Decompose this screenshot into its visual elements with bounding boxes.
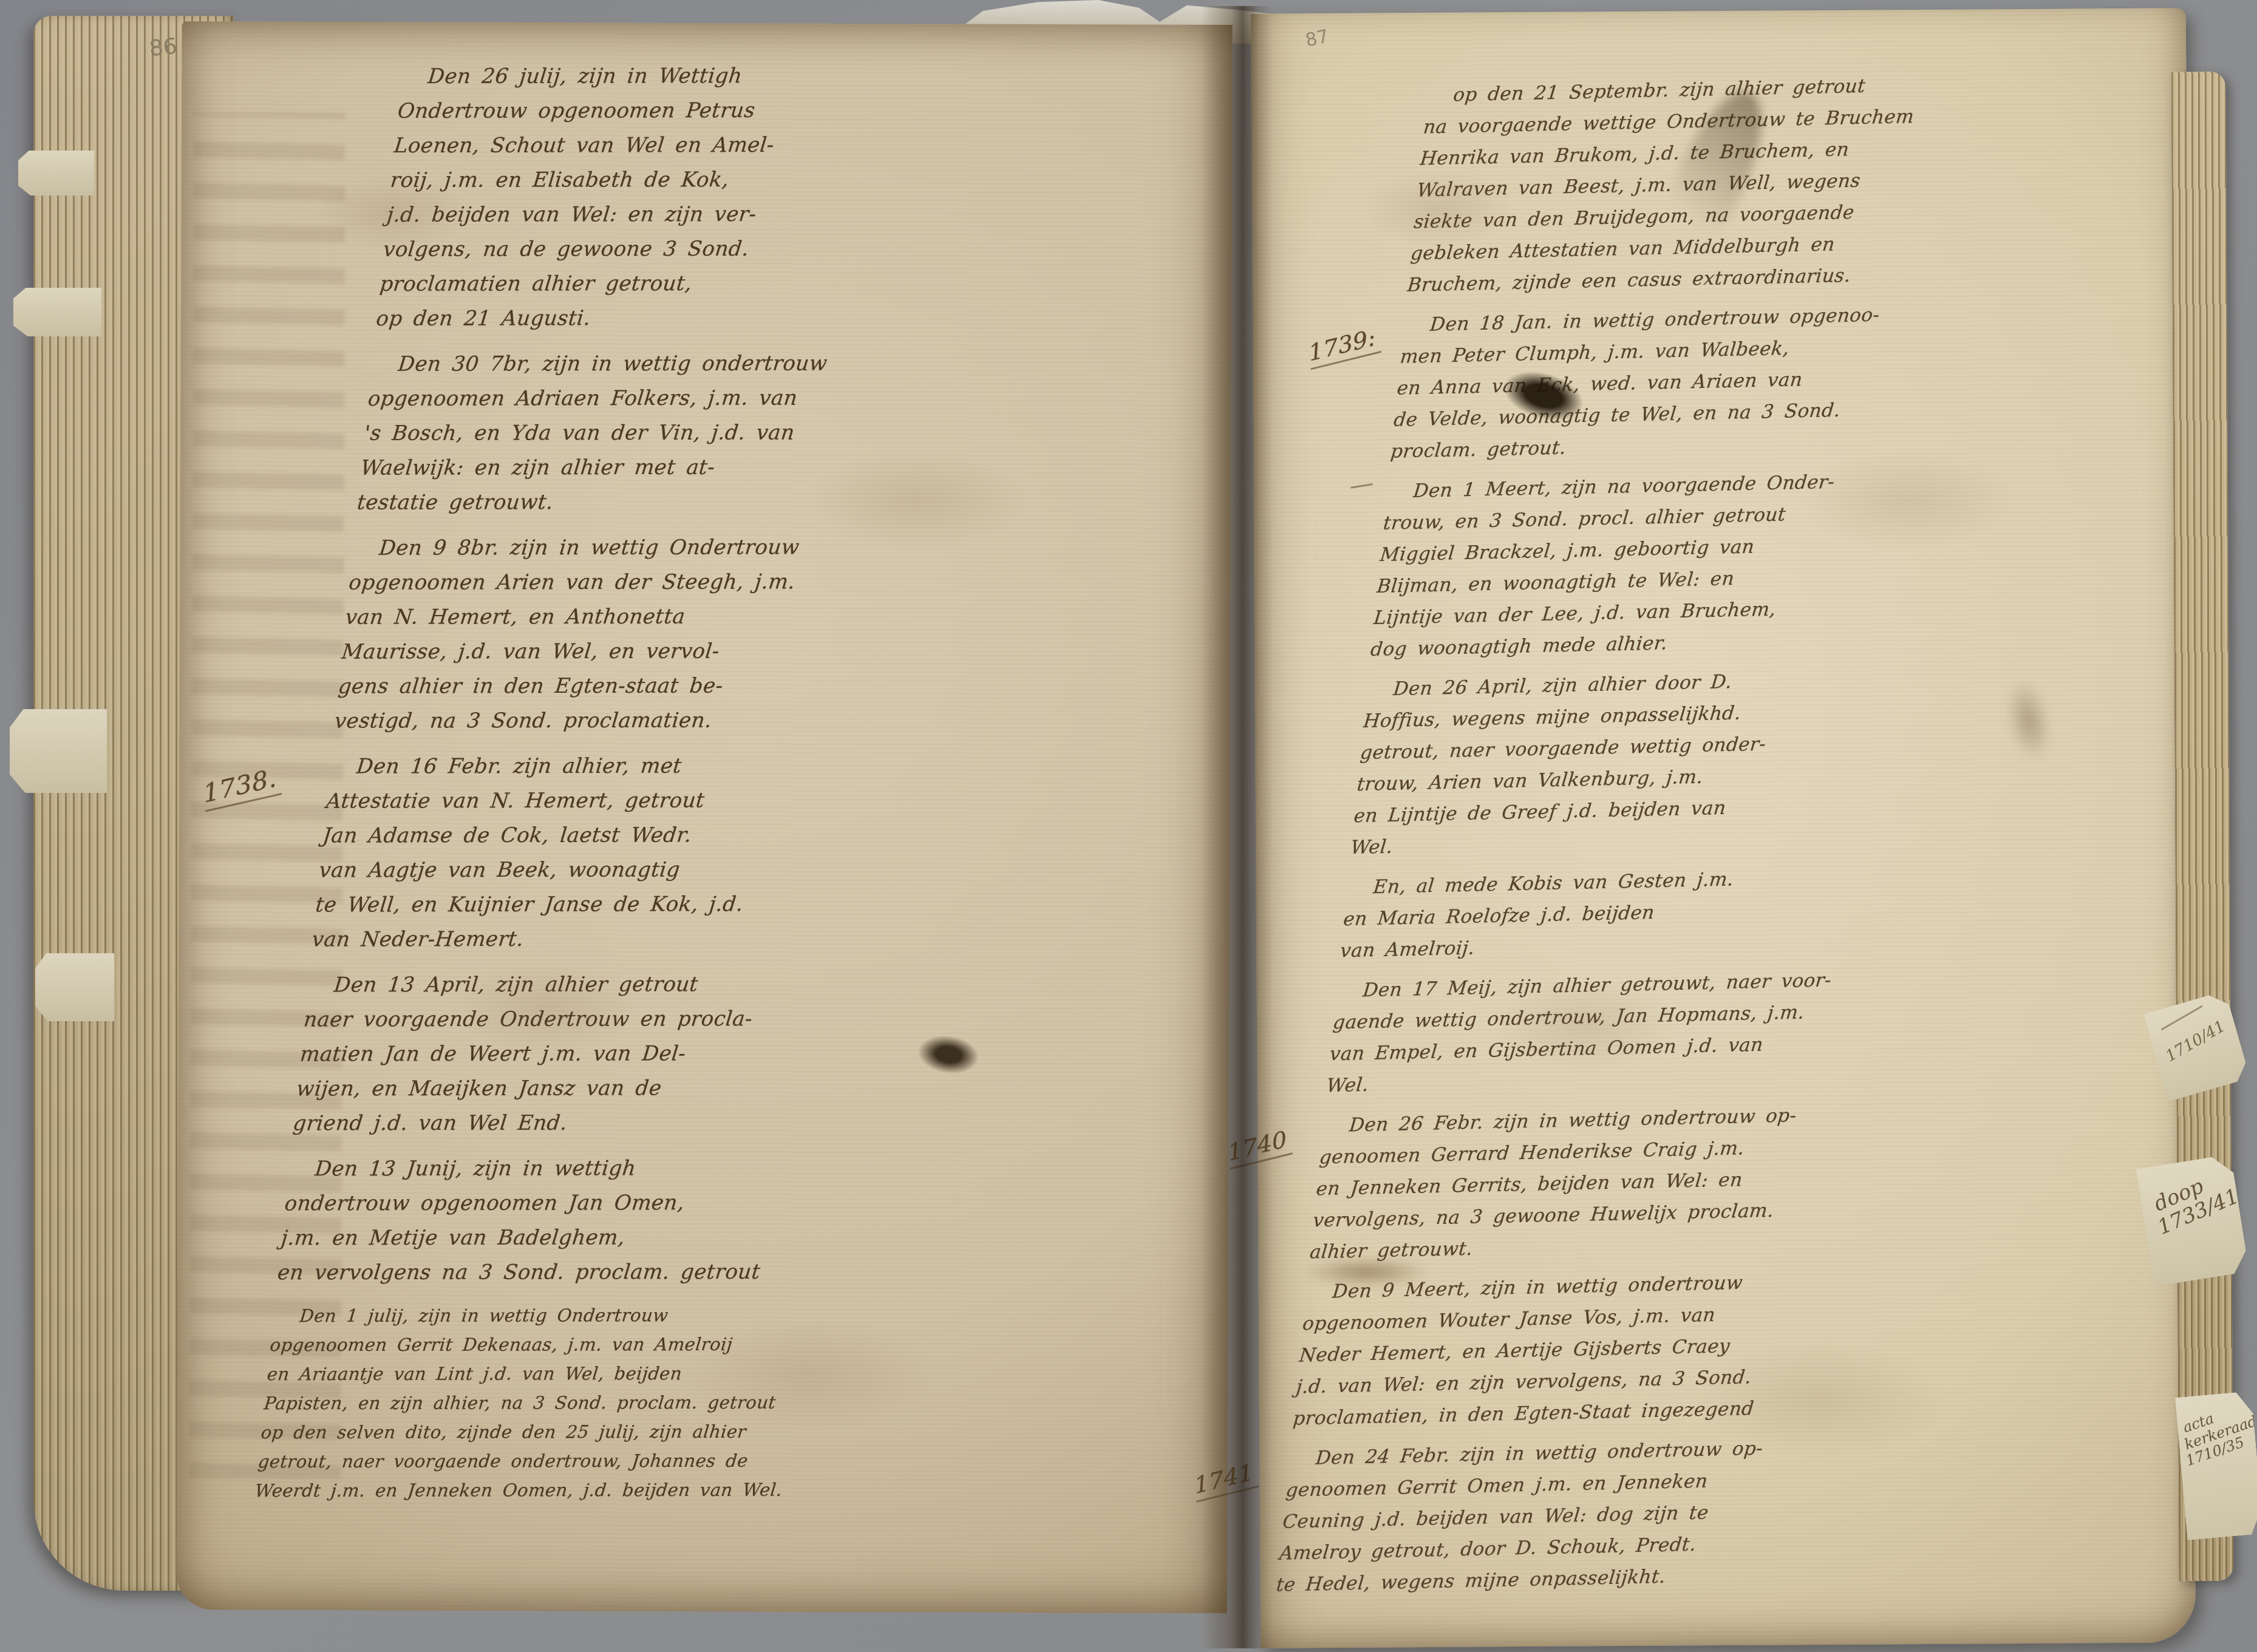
register-entry: Den 9 Meert, zijn in wettig ondertrouwop… — [1292, 1259, 2116, 1435]
manuscript-line: volgens, na de gewoone 3 Sond. — [381, 231, 1272, 267]
register-entry: Den 17 Meij, zijn alhier getrouwt, naer … — [1325, 957, 2146, 1101]
register-entry: Den 9 8br. zijn in wettig Ondertrouwopge… — [333, 529, 1241, 738]
manuscript-line: Den 16 Febr. zijn alhier, met — [328, 748, 1219, 784]
manuscript-photo: Den 26 julij, zijn in WettighOndertrouw … — [0, 0, 2257, 1652]
manuscript-line: van Neder-Hemert. — [310, 921, 1201, 957]
register-entry: En, al mede Kobis van Gesten j.m.en Mari… — [1339, 854, 2157, 967]
manuscript-line: opgenoomen Adriaen Folkers, j.m. van — [366, 380, 1257, 416]
right-page-edge-stack — [2171, 72, 2233, 1581]
register-entry: 1738.Den 16 Febr. zijn alhier, metAttest… — [310, 748, 1219, 957]
manuscript-line: Papisten, en zijn alhier, na 3 Sond. pro… — [262, 1387, 1152, 1418]
right-page-text: op den 21 Septembr. zijn alhier getroutn… — [1274, 63, 2237, 1610]
right-bookmark-tab-doop: doop 1733/41 — [2136, 1154, 2250, 1287]
left-bookmark-tab — [35, 953, 114, 1021]
manuscript-line: Maurisse, j.d. van Wel, en vervol- — [340, 633, 1231, 670]
manuscript-line: Loenen, Schout van Wel en Amel- — [392, 127, 1283, 164]
register-entry: Den 13 Junij, zijn in wettighondertrouw … — [276, 1151, 1177, 1290]
manuscript-line: proclamatien alhier getrout, — [378, 265, 1269, 302]
manuscript-line: j.d. beijden van Wel: en zijn ver- — [385, 196, 1276, 233]
illegible-scribble — [2161, 1005, 2202, 1030]
manuscript-line: van Aagtje van Beek, woonagtig — [318, 852, 1208, 888]
manuscript-line: op den 21 Augusti. — [375, 300, 1265, 336]
manuscript-line: Den 13 April, zijn alhier getrout — [305, 967, 1196, 1003]
manuscript-line: Attestatie van N. Hemert, getrout — [325, 783, 1216, 819]
manuscript-line: te Well, en Kuijnier Janse de Kok, j.d. — [314, 886, 1205, 923]
register-entry: op den 21 Septembr. zijn alhier getroutn… — [1406, 63, 2237, 301]
manuscript-line: griend j.d. van Wel End. — [291, 1105, 1182, 1141]
register-entry: Den 30 7br, zijn in wettig ondertrouwopg… — [355, 345, 1260, 520]
manuscript-line: ondertrouw opgenoomen Jan Omen, — [283, 1185, 1174, 1222]
manuscript-line: j.m. en Metije van Badelghem, — [279, 1220, 1170, 1256]
manuscript-line: Waelwijk: en zijn alhier met at- — [359, 449, 1250, 486]
manuscript-line: vestigd, na 3 Sond. proclamatien. — [333, 702, 1224, 739]
manuscript-line: opgenoomen Gerrit Dekenaas, j.m. van Ame… — [268, 1329, 1159, 1360]
register-entry: Den 13 April, zijn alhier getroutnaer vo… — [291, 967, 1196, 1141]
margin-year-label: 1739: — [1307, 323, 1381, 370]
margin-year-label: 1738. — [202, 762, 282, 812]
manuscript-line: wijen, en Maeijken Jansz van de — [295, 1070, 1186, 1107]
left-bookmark-tab — [13, 288, 101, 336]
manuscript-line: Den 26 julij, zijn in Wettigh — [400, 58, 1290, 95]
manuscript-line: Jan Adamse de Cok, laetst Wedr. — [321, 817, 1212, 854]
manuscript-line: opgenoomen Arien van der Steegh, j.m. — [347, 564, 1238, 600]
manuscript-line: Den 30 7br, zijn in wettig ondertrouw — [370, 345, 1261, 382]
manuscript-line: van N. Hemert, en Anthonetta — [344, 599, 1234, 635]
manuscript-line: en vervolgens na 3 Sond. proclam. getrou… — [276, 1254, 1166, 1291]
manuscript-line: matien Jan de Weert j.m. van Del- — [298, 1036, 1189, 1072]
register-entry: Den 26 julij, zijn in WettighOndertrouw … — [375, 58, 1290, 336]
left-page-text: Den 26 julij, zijn in WettighOndertrouw … — [253, 58, 1290, 1517]
register-entry: 1740Den 26 Febr. zijn in wettig ondertro… — [1309, 1092, 2133, 1268]
register-entry: Den 26 April, zijn alhier door D.Hoffius… — [1349, 656, 2177, 863]
manuscript-line: 's Bosch, en Yda van der Vin, j.d. van — [363, 415, 1253, 451]
page-number-left: 86 — [148, 34, 179, 62]
manuscript-line: en Ariaantje van Lint j.d. van Wel, beij… — [265, 1358, 1156, 1389]
margin-dash-mark — [1350, 483, 1372, 489]
right-bookmark-tab-acta: acta kerkeraad 1710/35 — [2175, 1391, 2257, 1540]
manuscript-line: Ondertrouw opgenoomen Petrus — [396, 93, 1287, 129]
register-entry: Den 1 julij, zijn in wettig Ondertrouwop… — [254, 1300, 1162, 1505]
left-bookmark-tab — [10, 709, 107, 793]
manuscript-line: gens alhier in den Egten-staat be- — [336, 668, 1227, 704]
manuscript-line: roij, j.m. en Elisabeth de Kok, — [389, 161, 1279, 198]
manuscript-line: Den 9 8br. zijn in wettig Ondertrouw — [351, 529, 1242, 566]
register-entry: 1739:Den 18 Jan. in wettig ondertrouw op… — [1389, 292, 2214, 467]
manuscript-line: op den selven dito, zijnde den 25 julij,… — [260, 1416, 1150, 1447]
right-page: op den 21 Septembr. zijn alhier getroutn… — [1251, 8, 2196, 1648]
left-bookmark-tab — [18, 151, 94, 195]
manuscript-line: getrout, naer voorgaende ondertrouw, Joh… — [257, 1446, 1147, 1477]
register-entry: 1741Den 24 Febr. zijn in wettig ondertro… — [1275, 1426, 2099, 1601]
manuscript-line: Weerdt j.m. en Jenneken Oomen, j.d. beij… — [254, 1475, 1144, 1506]
manuscript-line: naer voorgaende Ondertrouw en procla- — [302, 1001, 1193, 1038]
register-entry: Den 1 Meert, zijn na voorgaende Onder-tr… — [1369, 458, 2197, 665]
margin-year-label: 1740 — [1227, 1125, 1293, 1170]
manuscript-line: testatie getrouwt. — [355, 484, 1246, 520]
left-page: Den 26 julij, zijn in WettighOndertrouw … — [176, 21, 1232, 1613]
manuscript-line: Den 1 julij, zijn in wettig Ondertrouw — [271, 1300, 1162, 1331]
manuscript-line: Den 13 Junij, zijn in wettigh — [287, 1151, 1177, 1187]
